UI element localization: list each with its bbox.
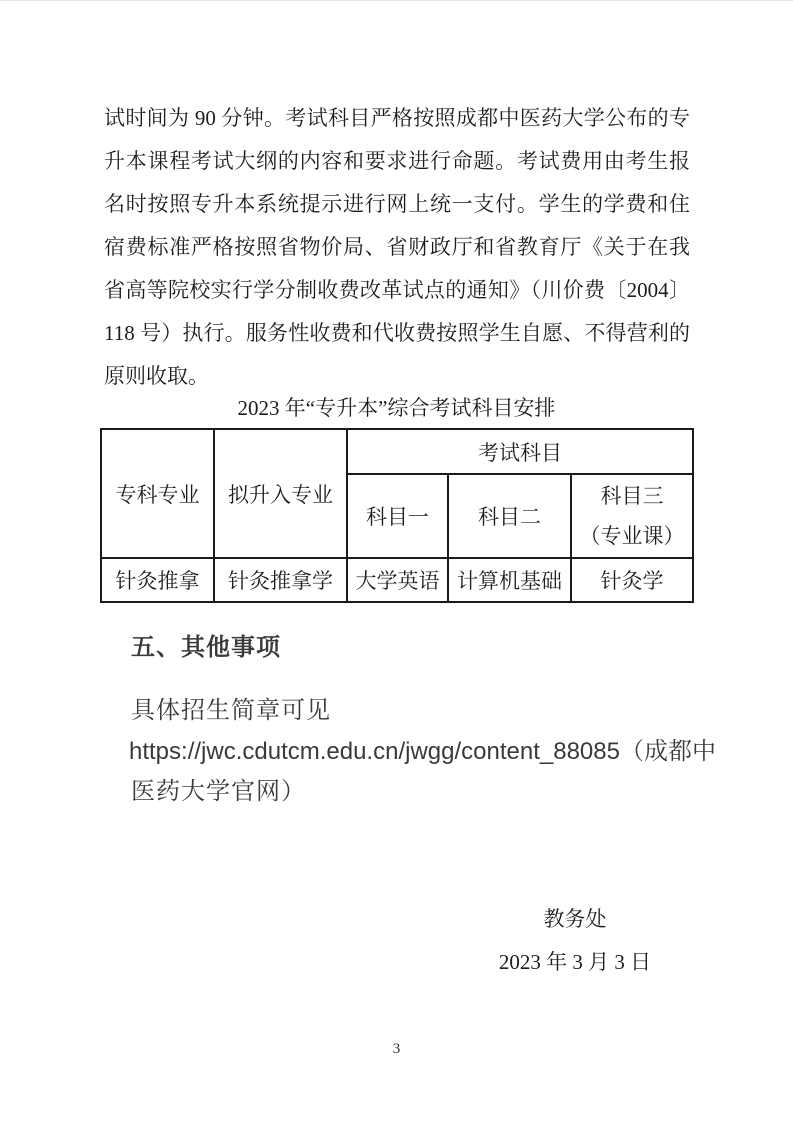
paragraph-line: 118 号）执行。服务性收费和代收费按照学生自愿、不得营利的	[104, 312, 690, 355]
body-paragraph: 试时间为 90 分钟。考试科目严格按照成都中医药大学公布的专 升本课程考试大纲的…	[104, 97, 690, 398]
document-page: 试时间为 90 分钟。考试科目严格按照成都中医药大学公布的专 升本课程考试大纲的…	[0, 0, 793, 1122]
kemu-3-label: 科目三	[572, 476, 692, 516]
cell-target-major: 针灸推拿学	[214, 558, 347, 602]
table-row: 针灸推拿 针灸推拿学 大学英语 计算机基础 针灸学	[101, 558, 693, 602]
cell-subject-1: 大学英语	[347, 558, 448, 602]
header-cell-zhuanke-zhuanye: 专科专业	[101, 429, 214, 558]
paragraph-line: 试时间为 90 分钟。考试科目严格按照成都中医药大学公布的专	[104, 97, 690, 140]
admission-url-line: https://jwc.cdutcm.edu.cn/jwgg/content_8…	[129, 731, 716, 766]
paragraph-line: 升本课程考试大纲的内容和要求进行命题。考试费用由考生报	[104, 140, 690, 183]
kemu-3-sublabel: （专业课）	[572, 516, 692, 556]
paragraph-line: 省高等院校实行学分制收费改革试点的通知》（川价费〔2004〕	[104, 269, 690, 312]
notice-line: 具体招生简章可见	[131, 690, 331, 725]
paragraph-line: 宿费标准严格按照省物价局、省财政厅和省教育厅《关于在我	[104, 226, 690, 269]
header-cell-kemu-1: 科目一	[347, 474, 448, 558]
header-cell-kemu-3: 科目三 （专业课）	[571, 474, 693, 558]
admission-url-continuation: 医药大学官网）	[131, 771, 306, 806]
signature-date: 2023 年 3 月 3 日	[499, 946, 651, 976]
page-number: 3	[0, 1041, 793, 1058]
header-cell-kemu-2: 科目二	[448, 474, 571, 558]
exam-subjects-table: 专科专业 拟升入专业 考试科目 科目一 科目二 科目三 （专业课） 针灸推拿 针…	[100, 428, 694, 603]
paragraph-line: 名时按照专升本系统提示进行网上统一支付。学生的学费和住	[104, 183, 690, 226]
table-title: 2023 年“专升本”综合考试科目安排	[0, 392, 793, 422]
signature-department: 教务处	[544, 903, 607, 933]
header-cell-nishengru-zhuanye: 拟升入专业	[214, 429, 347, 558]
cell-subject-2: 计算机基础	[448, 558, 571, 602]
header-cell-kaoshi-kemu-group: 考试科目	[347, 429, 693, 474]
section-heading-other-items: 五、其他事项	[131, 627, 281, 662]
cell-subject-3: 针灸学	[571, 558, 693, 602]
cell-zhuanke-major: 针灸推拿	[101, 558, 214, 602]
